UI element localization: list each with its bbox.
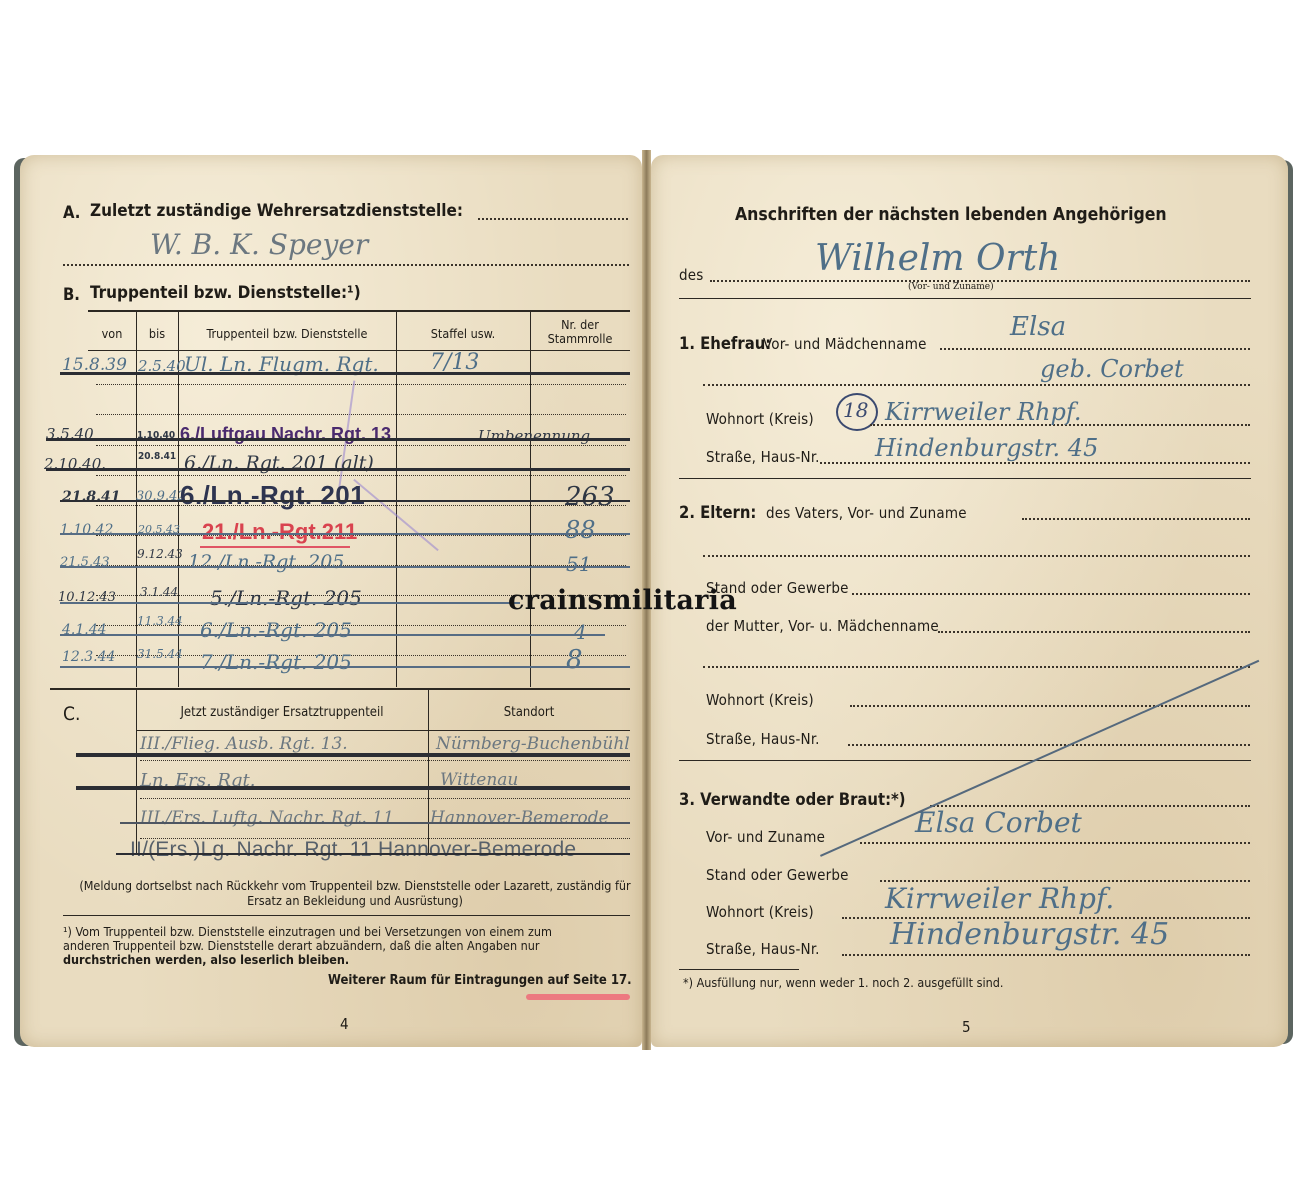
more-space-note: Weiterer Raum für Eintragungen auf Seite… bbox=[328, 973, 632, 988]
section-2-mutter-label: der Mutter, Vor- u. Mädchenname bbox=[706, 617, 939, 635]
section-2-label: 2. Eltern: bbox=[679, 503, 756, 522]
section-3-name-label: Vor- und Zuname bbox=[706, 828, 825, 846]
row-7-unit: 6./Ln.-Rgt. 205 bbox=[200, 618, 352, 642]
table-b-header-von: von bbox=[88, 327, 136, 341]
row-5-nr: 51 bbox=[566, 552, 591, 576]
des-handwritten-name: Wilhelm Orth bbox=[815, 238, 1060, 279]
table-b-header-nr: Nr. der Stammrolle bbox=[530, 318, 630, 346]
section-1-strasse-label: Straße, Haus-Nr. bbox=[706, 448, 820, 466]
section-3-name-dotted bbox=[860, 842, 1250, 844]
watermark-text: crainsmilitaria bbox=[508, 585, 737, 616]
red-pencil-underline bbox=[526, 994, 630, 1000]
table-c-header-rule bbox=[136, 730, 630, 731]
row-2-bis: 20.8.41 bbox=[138, 451, 168, 462]
table-b-header-unit: Truppenteil bzw. Dienststelle bbox=[178, 327, 396, 341]
section-3-strasse-label: Straße, Haus-Nr. bbox=[706, 940, 820, 958]
section-1-name-dotted bbox=[940, 348, 1250, 350]
row-8-bis: 31.5.44 bbox=[137, 648, 169, 660]
row-7-nr: 4 bbox=[574, 620, 587, 644]
page-number-right: 5 bbox=[962, 1018, 971, 1036]
section-a-dotted-line bbox=[478, 218, 628, 220]
section-c-note: (Meldung dortselbst nach Rückkehr vom Tr… bbox=[70, 878, 640, 908]
table-c-row-0-standort: Nürnberg-Buchenbühl bbox=[436, 734, 630, 754]
table-b-bottom-rule bbox=[50, 688, 630, 690]
section-3-wohnort-value: Kirrweiler Rhpf. bbox=[885, 882, 1114, 915]
row-4-strikethrough bbox=[60, 533, 630, 535]
table-b-header-staffel: Staffel usw. bbox=[396, 327, 530, 341]
footnote-line-3: durchstrichen werden, also leserlich ble… bbox=[63, 952, 349, 967]
table-b-header-rule bbox=[88, 350, 630, 351]
row-3-von: 21.8.41 bbox=[62, 489, 120, 505]
row-8-von: 12.3.44 bbox=[62, 650, 122, 664]
row-1-unit-stamp: 6./Luftgau Nachr. Rgt. 13 bbox=[180, 424, 391, 445]
right-page-title: Anschriften der nächsten lebenden Angehö… bbox=[735, 205, 1167, 225]
row-1-nr: Umbenennung bbox=[478, 427, 590, 445]
section-2-vater-label: des Vaters, Vor- und Zuname bbox=[766, 504, 967, 522]
kreis-number: 18 bbox=[843, 398, 868, 422]
table-b-row-line bbox=[96, 445, 626, 446]
row-3-nr: 263 bbox=[565, 482, 615, 512]
row-2-strikethrough bbox=[46, 468, 630, 471]
table-c-header-standort: Standort bbox=[428, 706, 630, 720]
section-2-mutter-dotted bbox=[938, 631, 1250, 633]
table-c-row-2-strikethrough bbox=[120, 822, 630, 824]
table-c-row-2-standort: Hannover-Bemerode bbox=[430, 808, 609, 828]
table-b-row-line bbox=[96, 384, 626, 385]
section-3-name-value: Elsa Corbet bbox=[915, 806, 1082, 839]
section-2-vater-dotted bbox=[1022, 518, 1250, 520]
table-c-row-0-unit: III./Flieg. Ausb. Rgt. 13. bbox=[140, 734, 348, 754]
des-label: des bbox=[679, 266, 704, 284]
row-7-bis: 11.3.44 bbox=[137, 615, 169, 627]
table-c-row-0-strikethrough bbox=[76, 753, 630, 757]
section-a-title: Zuletzt zuständige Wehrersatzdienststell… bbox=[90, 201, 463, 221]
row-5-strikethrough bbox=[60, 566, 630, 568]
section-1-strasse-dotted bbox=[820, 462, 1250, 464]
row-6-strikethrough bbox=[60, 602, 520, 604]
section-a-handwritten-value: W. B. K. Speyer bbox=[150, 228, 368, 261]
des-caption: (Vor- und Zuname) bbox=[908, 282, 994, 292]
table-c-row-line bbox=[140, 798, 630, 799]
section-3-strasse-value: Hindenburgstr. 45 bbox=[890, 917, 1169, 952]
row-5-unit: 12./Ln.-Rgt. 205 bbox=[188, 551, 344, 573]
table-c-row-2-unit: III./Ers. Luftg. Nachr. Rgt. 11 bbox=[140, 808, 394, 828]
row-5-bis: 9.12.43 bbox=[137, 548, 169, 560]
section-1-first-name: Elsa bbox=[1010, 312, 1066, 342]
row-8-strikethrough bbox=[60, 666, 630, 668]
table-c-header-unit: Jetzt zuständiger Ersatztruppenteil bbox=[136, 706, 428, 720]
section-b-letter: B. bbox=[63, 285, 80, 304]
section-1-strasse-value: Hindenburgstr. 45 bbox=[875, 434, 1098, 462]
section-3-wohnort-label: Wohnort (Kreis) bbox=[706, 903, 814, 921]
section-2-stand-dotted bbox=[852, 593, 1250, 595]
section-1-dotted-2 bbox=[703, 384, 1250, 386]
row-0-strikethrough bbox=[60, 372, 630, 375]
table-c-row-line bbox=[140, 760, 630, 761]
section-3-strasse-dotted bbox=[842, 954, 1250, 956]
section-3-label: 3. Verwandte oder Braut:*) bbox=[679, 790, 906, 809]
page-number-left: 4 bbox=[340, 1015, 349, 1033]
section-2-mutter-dotted-2 bbox=[703, 666, 1250, 668]
section-1-maiden-name: geb. Corbet bbox=[1040, 355, 1184, 383]
section-1-wohnort-value: Kirrweiler Rhpf. bbox=[885, 398, 1082, 426]
table-c-row-3-stamp: II/(Ers.)Lg. Nachr. Rgt. 11 Hannover-Bem… bbox=[130, 838, 576, 862]
table-b-row-line bbox=[96, 475, 626, 476]
section-2-strasse-label: Straße, Haus-Nr. bbox=[706, 730, 820, 748]
footnote-line-1: ¹) Vom Truppenteil bzw. Dienststelle ein… bbox=[63, 924, 552, 939]
section-c-letter: C. bbox=[63, 703, 80, 725]
row-1-strikethrough bbox=[46, 438, 630, 441]
row-7-strikethrough bbox=[60, 634, 605, 636]
footnote-separator-right bbox=[679, 969, 799, 970]
row-4-red-underline bbox=[200, 546, 350, 548]
right-footnote: *) Ausfüllung nur, wenn weder 1. noch 2.… bbox=[683, 975, 1003, 990]
section-2-wohnort-dotted bbox=[850, 705, 1250, 707]
table-b-header-bis: bis bbox=[136, 327, 178, 341]
row-6-bis: 3.1.44 bbox=[140, 586, 170, 598]
section-2-vater-dotted-2 bbox=[703, 555, 1250, 557]
table-b-row-line bbox=[96, 414, 626, 415]
section-divider bbox=[679, 298, 1251, 299]
footnote-separator bbox=[63, 915, 630, 916]
table-b-top-rule bbox=[88, 310, 630, 312]
section-a-letter: A. bbox=[63, 203, 80, 222]
section-1-wohnort-label: Wohnort (Kreis) bbox=[706, 410, 814, 428]
section-b-title: Truppenteil bzw. Dienststelle:¹) bbox=[90, 283, 361, 303]
table-c-row-3-strikethrough bbox=[116, 853, 630, 855]
row-6-unit: 5./Ln.-Rgt. 205 bbox=[210, 586, 362, 610]
section-divider bbox=[679, 478, 1251, 479]
section-1-label: 1. Ehefrau: bbox=[679, 334, 771, 353]
row-8-nr: 8 bbox=[566, 645, 583, 675]
row-3-unit-stamp: 6./Ln.-Rgt. 201 bbox=[180, 480, 365, 511]
row-8-unit: 7./Ln.-Rgt. 205 bbox=[200, 650, 352, 674]
footnote-line-2: anderen Truppenteil bzw. Dienststelle de… bbox=[63, 938, 540, 953]
row-4-nr: 88 bbox=[565, 516, 596, 544]
section-divider bbox=[679, 760, 1251, 761]
section-1-name-label: Vor- und Mädchenname bbox=[763, 335, 927, 353]
section-2-strasse-dotted bbox=[848, 744, 1250, 746]
section-a-dotted-line-2 bbox=[63, 264, 629, 266]
section-2-wohnort-label: Wohnort (Kreis) bbox=[706, 691, 814, 709]
row-3-strikethrough bbox=[60, 500, 630, 502]
row-4-von: 1.10.42 bbox=[60, 522, 113, 538]
row-4-unit-stamp: 21./Ln.-Rgt.211 bbox=[202, 519, 357, 545]
section-3-stand-label: Stand oder Gewerbe bbox=[706, 866, 849, 884]
table-c-row-1-strikethrough bbox=[76, 786, 630, 790]
